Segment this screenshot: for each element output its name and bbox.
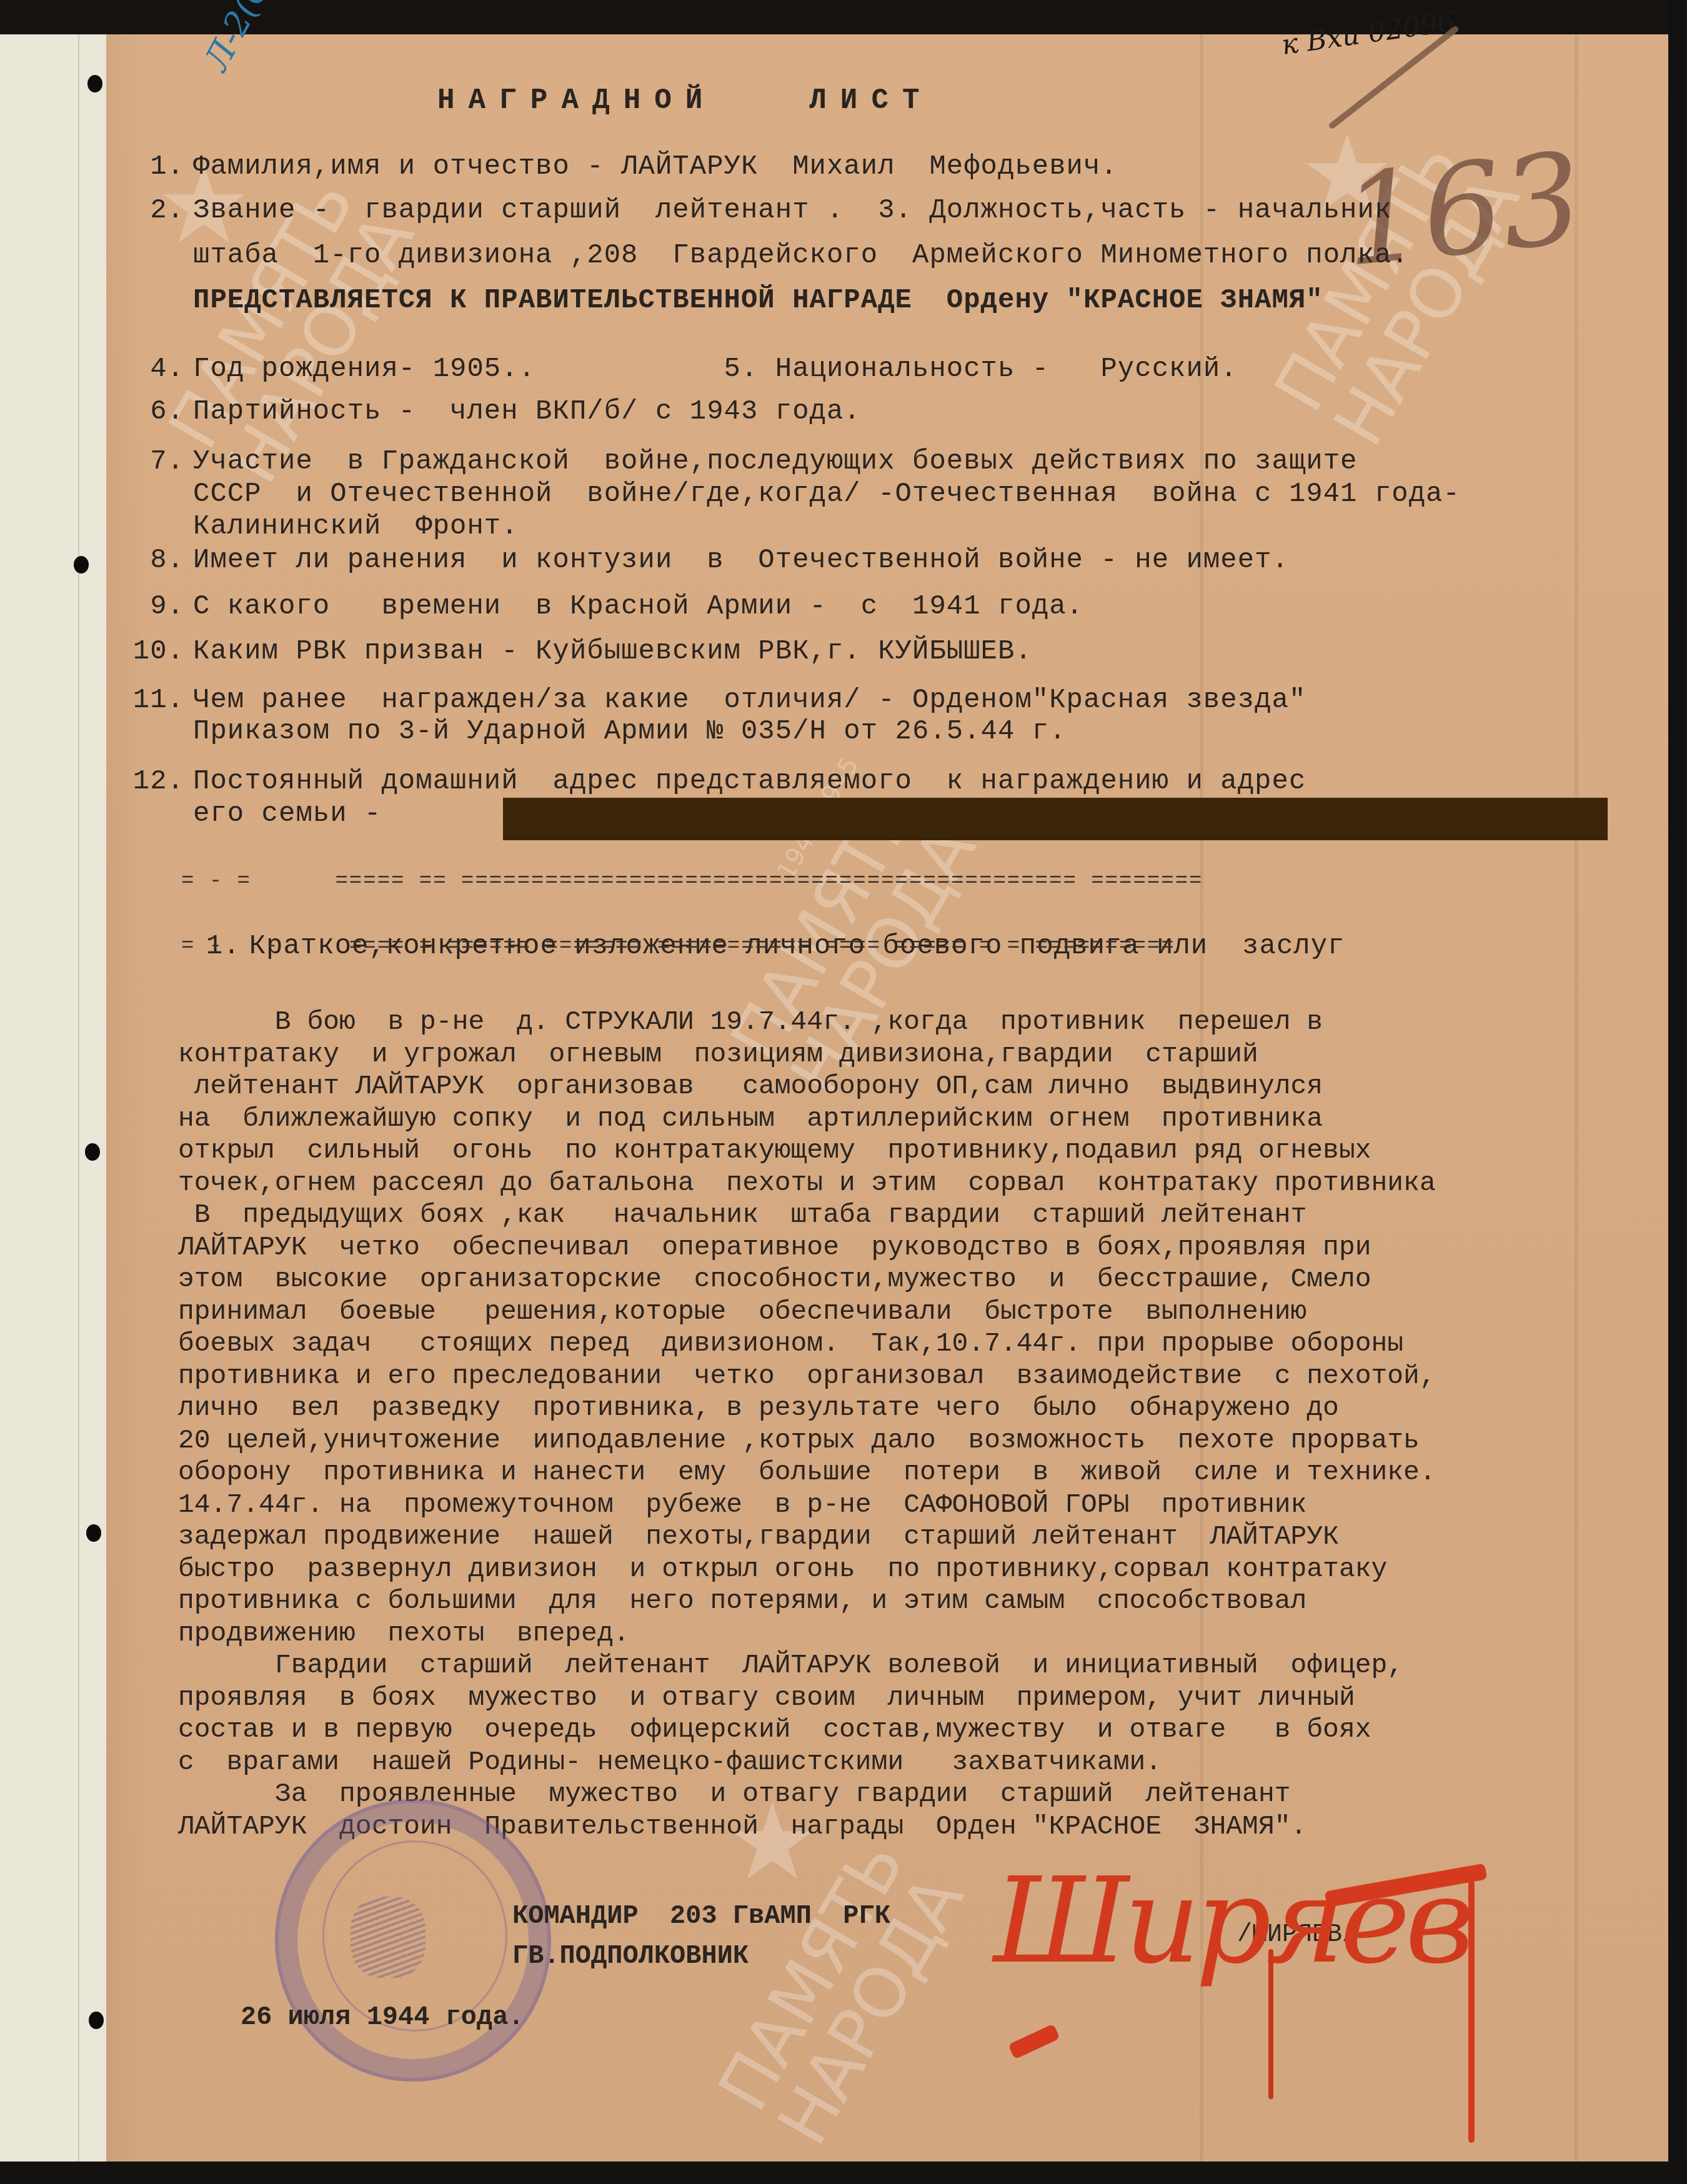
document-title: НАГРАДНОЙ ЛИСТ — [437, 82, 933, 119]
margin-fold-line — [78, 34, 79, 2171]
narrative-line: ЛАЙТАРУК четко обеспечивал оперативное р… — [178, 1231, 1665, 1264]
item-line: его семьи - — [125, 796, 381, 832]
item-text: Приказом по 3-й Ударной Армии № 035/Н от… — [193, 716, 1067, 747]
narrative-line: состав и в первую очередь офицерский сос… — [178, 1714, 1665, 1746]
item-line: 2.Звание - гвардии старший лейтенант . 3… — [125, 192, 1391, 229]
signatory-rank: ГВ.ПОДПОЛКОВНИК — [512, 1941, 749, 1971]
signature-stroke — [1268, 1949, 1273, 2099]
item-number: 4. — [125, 351, 184, 387]
item-text: С какого времени в Красной Армии - с 194… — [193, 591, 1083, 622]
narrative-line: на ближлежайшую сопку и под сильным арти… — [178, 1103, 1665, 1135]
item-line: 6.Партийность - член ВКП/б/ с 1943 года. — [125, 394, 861, 430]
item-line: 4.Год рождения- 1905.. 5. Национальность… — [125, 351, 1238, 387]
narrative-line: точек,огнем рассеял до батальона пехоты … — [178, 1167, 1665, 1199]
item-text: его семьи - — [193, 798, 381, 830]
signature-stroke — [1468, 1880, 1475, 2143]
item-text: ПРЕДСТАВЛЯЕТСЯ К ПРАВИТЕЛЬСТВЕННОЙ НАГРА… — [193, 285, 1323, 316]
narrative-text: В бою в р-не д. СТРУКАЛИ 19.7.44г. ,когд… — [178, 1006, 1665, 1842]
narrative-line: В предыдущих боях ,как начальник штаба г… — [178, 1199, 1665, 1231]
narrative-line: задержал продвижение нашей пехоты,гварди… — [178, 1521, 1665, 1553]
narrative-line: 14.7.44г. на промежуточном рубеже в р-не… — [178, 1489, 1665, 1521]
item-line: 12.Постоянный домашний адрес представляе… — [125, 763, 1306, 800]
narrative-line: принимал боевые решения,которые обеспечи… — [178, 1296, 1665, 1328]
item-line: 1.Фамилия,имя и отчество - ЛАЙТАРУК Миха… — [125, 149, 1118, 185]
item-number: 9. — [125, 588, 184, 625]
stamp-emblem-icon — [351, 1897, 425, 1978]
narrative-line: оборону противника и нанести ему большие… — [178, 1456, 1665, 1489]
item-line: Приказом по 3-й Ударной Армии № 035/Н от… — [125, 713, 1067, 750]
narrative-line: лично вел разведку противника, в результ… — [178, 1392, 1665, 1424]
item-line: Калининский Фронт. — [125, 509, 519, 545]
narrative-line: противника с большими для него потерями,… — [178, 1585, 1665, 1617]
narrative-line: 20 целей,уничтожение ииподавление ,котры… — [178, 1424, 1665, 1457]
item-text: Чем ранее награжден/за какие отличия/ - … — [193, 685, 1306, 716]
item-line: 10.Каким РВК призван - Куйбышевским РВК,… — [125, 633, 1032, 670]
item-line: ПРЕДСТАВЛЯЕТСЯ К ПРАВИТЕЛЬСТВЕННОЙ НАГРА… — [125, 282, 1323, 319]
item-number: 2. — [125, 192, 184, 229]
narrative-line: быстро развернул дивизион и открыл огонь… — [178, 1553, 1665, 1586]
signatory-block: КОМАНДИР 203 ГвАМП РГК ГВ.ПОДПОЛКОВНИК — [512, 1896, 890, 1976]
item-number: 8. — [125, 542, 184, 578]
item-text: Партийность - член ВКП/б/ с 1943 года. — [193, 396, 861, 427]
redacted-address — [503, 798, 1608, 840]
binding-hole-icon — [85, 1143, 100, 1161]
item-number: 6. — [125, 394, 184, 430]
narrative-line: с врагами нашей Родины- немецко-фашистск… — [178, 1746, 1665, 1779]
binding-hole-icon — [87, 75, 102, 92]
narrative-line: проявляя в боях мужество и отвагу своим … — [178, 1682, 1665, 1714]
item-number: 1. — [125, 149, 184, 185]
scan-right-border — [1668, 0, 1687, 2184]
narrative-line: В бою в р-не д. СТРУКАЛИ 19.7.44г. ,когд… — [178, 1006, 1665, 1038]
narrative-line: лейтенант ЛАЙТАРУК организовав самооборо… — [178, 1070, 1665, 1103]
narrative-line: контратаку и угрожал огневым позициям ди… — [178, 1038, 1665, 1071]
item-text: СССР и Отечественной войне/где,когда/ -О… — [193, 479, 1460, 510]
document-date: 26 июля 1944 года. — [241, 2002, 524, 2032]
item-number: 7. — [125, 444, 184, 480]
item-text: Каким РВК призван - Куйбышевским РВК,г. … — [193, 636, 1032, 667]
binding-hole-icon — [74, 556, 89, 573]
binding-margin — [0, 34, 109, 2171]
item-line: 8.Имеет ли ранения и контузии в Отечеств… — [125, 542, 1289, 578]
official-stamp-icon — [275, 1799, 551, 2082]
item-text: Постоянный домашний адрес представляемог… — [193, 766, 1306, 797]
separator-line: = - = ===== == =========================… — [181, 870, 1203, 893]
item-number: 12. — [125, 763, 184, 800]
item-text: Участие в Гражданской войне,последующих … — [193, 446, 1358, 477]
item-line: штаба 1-го дивизиона ,208 Гвардейского А… — [125, 237, 1409, 274]
item-text: штаба 1-го дивизиона ,208 Гвардейского А… — [193, 240, 1409, 271]
narrative-line: продвижению пехоты вперед. — [178, 1617, 1665, 1650]
item-text: Имеет ли ранения и контузии в Отечествен… — [193, 545, 1289, 576]
narrative-line: Гвардии старший лейтенант ЛАЙТАРУК волев… — [178, 1649, 1665, 1682]
narrative-line: открыл сильный огонь по контратакующему … — [178, 1134, 1665, 1167]
item-line: 9.С какого времени в Красной Армии - с 1… — [125, 588, 1083, 625]
item-line: СССР и Отечественной войне/где,когда/ -О… — [125, 476, 1460, 512]
separator-line: = - - ==== = ====== ======= =========== … — [181, 935, 1175, 958]
item-text: Калининский Фронт. — [193, 511, 519, 542]
binding-hole-icon — [86, 1524, 101, 1542]
scan-bottom-border — [0, 2162, 1687, 2184]
narrative-line: этом высокие организаторские способности… — [178, 1263, 1665, 1296]
item-text: Звание - гвардии старший лейтенант . 3. … — [193, 195, 1391, 226]
item-text: Фамилия,имя и отчество - ЛАЙТАРУК Михаил… — [193, 151, 1118, 182]
signatory-title: КОМАНДИР 203 ГвАМП РГК — [512, 1901, 890, 1931]
item-number: 10. — [125, 633, 184, 670]
narrative-line: боевых задач стоящих перед дивизионом. Т… — [178, 1328, 1665, 1360]
item-line: 7.Участие в Гражданской войне,последующи… — [125, 444, 1358, 480]
narrative-line: противника и его преследовании четко орг… — [178, 1360, 1665, 1392]
binding-hole-icon — [89, 2012, 104, 2029]
item-text: Год рождения- 1905.. 5. Национальность -… — [193, 354, 1238, 385]
